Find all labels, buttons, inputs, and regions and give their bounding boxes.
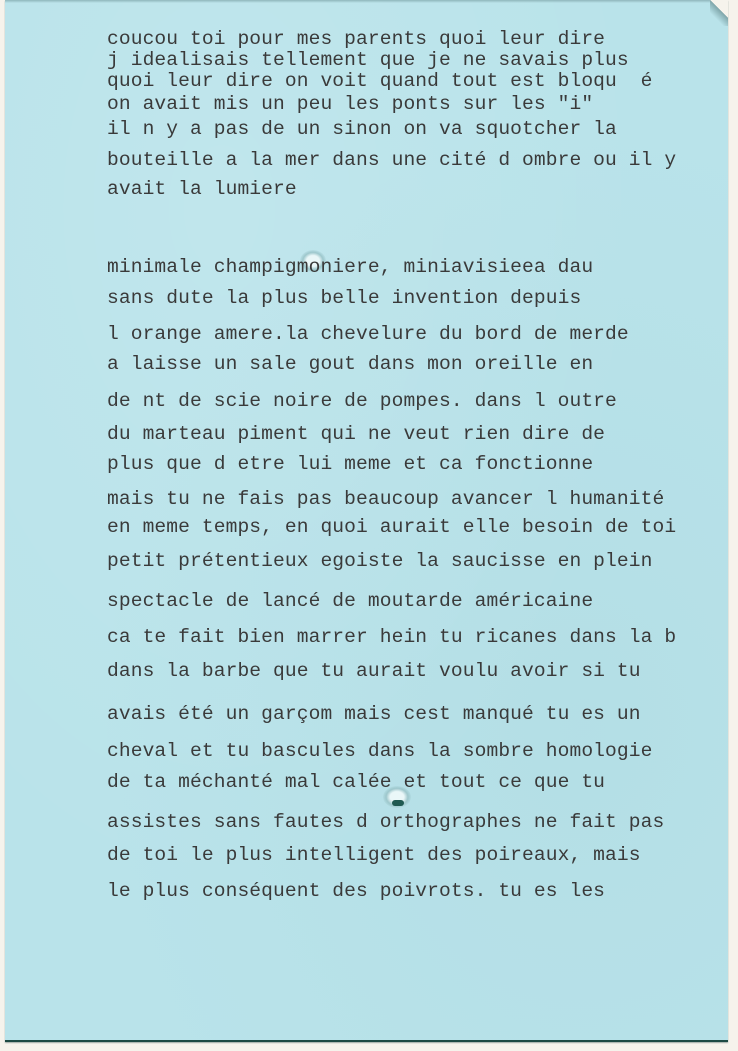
text-line: dans la barbe que tu aurait voulu avoir … [107, 662, 641, 682]
text-line: assistes sans fautes d orthographes ne f… [107, 813, 664, 833]
text-line: l orange amere.la chevelure du bord de m… [107, 325, 629, 345]
paper-top-edge [5, 0, 728, 3]
text-line: en meme temps, en quoi aurait elle besoi… [107, 518, 676, 538]
text-line: a laisse un sale gout dans mon oreille e… [107, 355, 593, 375]
text-line: minimale champigmoniere, miniavisieea da… [107, 258, 593, 278]
text-line: cheval et tu bascules dans la sombre hom… [107, 742, 652, 762]
text-line: de nt de scie noire de pompes. dans l ou… [107, 392, 617, 412]
punch-hole-bottom-mark [392, 800, 404, 806]
text-line: on avait mis un peu les ponts sur les "i… [107, 95, 593, 115]
text-line: petit prétentieux egoiste la saucisse en… [107, 552, 652, 572]
text-line: coucou toi pour mes parents quoi leur di… [107, 30, 605, 50]
text-line: sans dute la plus belle invention depuis [107, 289, 581, 309]
text-line: de toi le plus intelligent des poireaux,… [107, 846, 641, 866]
text-line: du marteau piment qui ne veut rien dire … [107, 425, 605, 445]
text-line: il n y a pas de un sinon on va squotcher… [107, 120, 617, 140]
text-line: bouteille a la mer dans une cité d ombre… [107, 151, 676, 171]
text-line: plus que d etre lui meme et ca fonctionn… [107, 455, 593, 475]
text-line: ca te fait bien marrer hein tu ricanes d… [107, 628, 676, 648]
paper-corner-fold [710, 0, 728, 26]
text-line: avait la lumiere [107, 180, 297, 200]
text-line: avais été un garçom mais cest manqué tu … [107, 705, 641, 725]
text-line: le plus conséquent des poivrots. tu es l… [107, 882, 605, 902]
text-line: j idealisais tellement que je ne savais … [107, 51, 629, 71]
text-line: de ta méchanté mal calée et tout ce que … [107, 773, 605, 793]
text-line: quoi leur dire on voit quand tout est bl… [107, 72, 652, 92]
paper-sheet: coucou toi pour mes parents quoi leur di… [5, 0, 728, 1042]
text-line: mais tu ne fais pas beaucoup avancer l h… [107, 490, 664, 510]
text-line: spectacle de lancé de moutarde américain… [107, 592, 593, 612]
